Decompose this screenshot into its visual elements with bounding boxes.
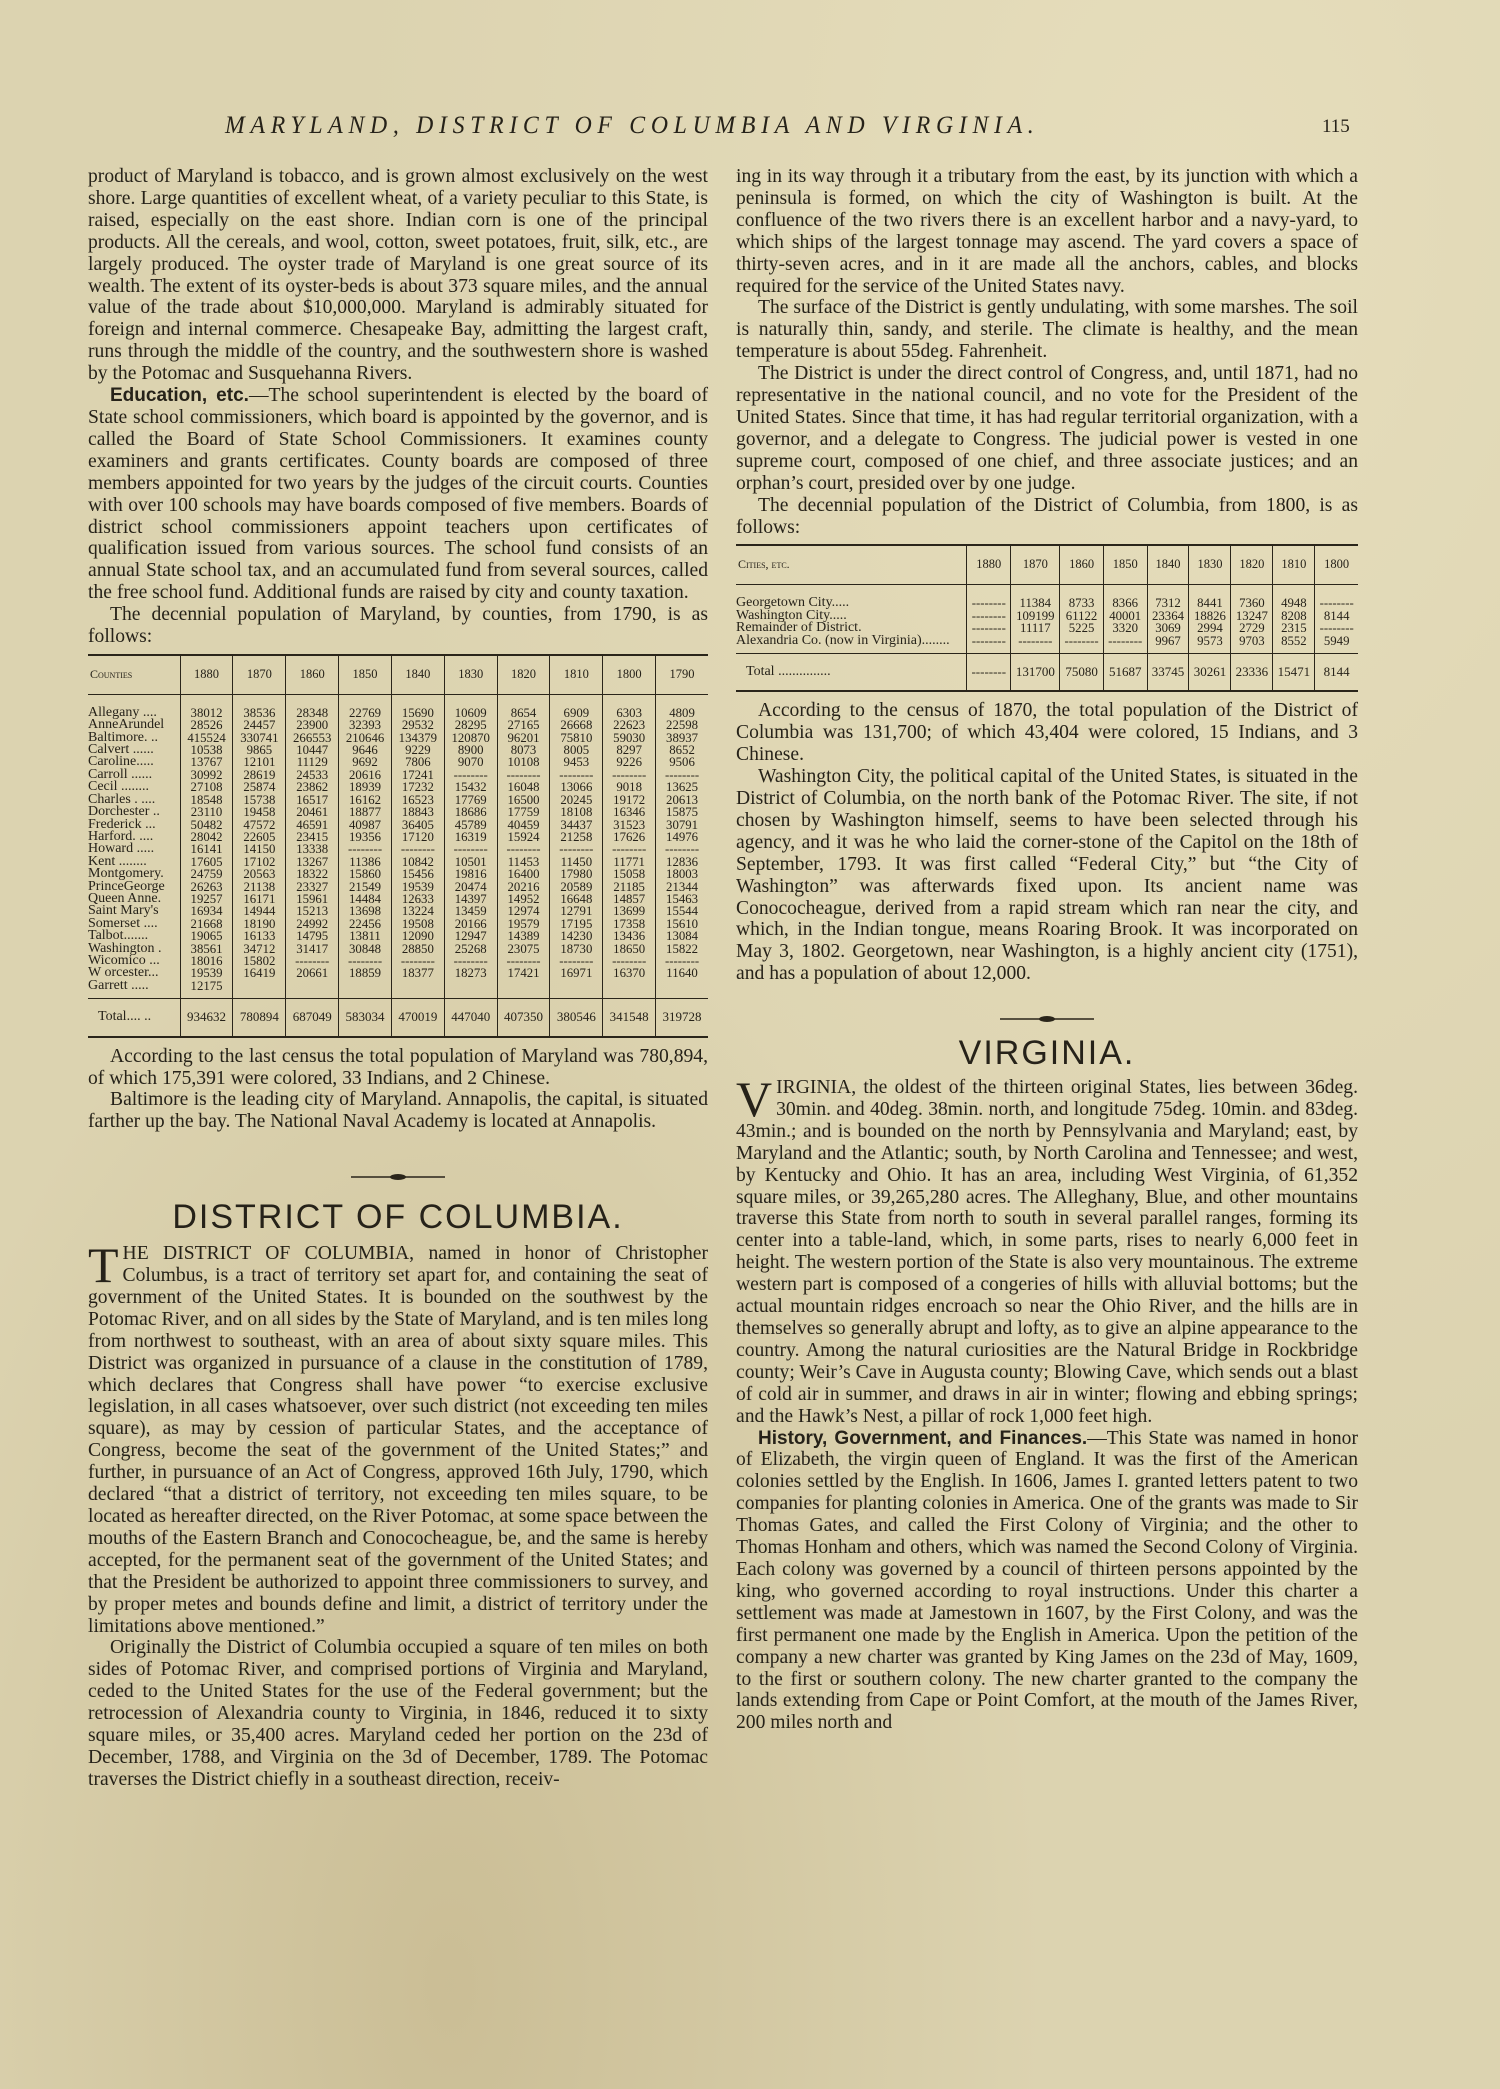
- table-row: Dorchester ..231101945820461188771884318…: [88, 806, 708, 818]
- cell-value: 20661: [286, 967, 339, 979]
- cell-value: --------: [1103, 635, 1147, 654]
- cell-value: 11384: [1011, 585, 1060, 610]
- column-header: 1800: [1315, 545, 1358, 584]
- cell-value: [391, 980, 444, 999]
- section-divider-ornament-icon: [351, 1173, 445, 1181]
- cell-value: 4948: [1273, 585, 1315, 610]
- cell-value: 14150: [233, 843, 286, 855]
- total-label: Total ...............: [736, 653, 967, 691]
- cell-value: 16141: [180, 843, 233, 855]
- cell-value: 19539: [180, 967, 233, 979]
- cell-value: 7312: [1147, 585, 1189, 610]
- cell-value: 9070: [444, 756, 497, 768]
- cell-value: --------: [967, 622, 1011, 634]
- cell-value: --------: [1315, 622, 1358, 634]
- table-row: Caroline.....137671210111129969278069070…: [88, 756, 708, 768]
- cell-value: 38012: [180, 694, 233, 719]
- cell-value: [444, 980, 497, 999]
- cell-value: 27165: [497, 719, 550, 731]
- cell-value: 14944: [233, 905, 286, 917]
- cell-value: 16346: [603, 806, 656, 818]
- cell-value: 5949: [1315, 635, 1358, 654]
- column-header: Counties: [88, 655, 180, 694]
- table-row: Carroll ......3099228619245332061617241-…: [88, 769, 708, 781]
- total-value: 30261: [1189, 653, 1231, 691]
- cell-value: 12175: [180, 980, 233, 999]
- cell-value: 13084: [656, 930, 708, 942]
- cell-value: 3069: [1147, 622, 1189, 634]
- total-value: 131700: [1011, 653, 1060, 691]
- cell-value: --------: [391, 843, 444, 855]
- cell-value: 23900: [286, 719, 339, 731]
- cell-value: 17980: [550, 868, 603, 880]
- cell-value: 18859: [339, 967, 392, 979]
- cell-value: 2729: [1231, 622, 1273, 634]
- column-header: 1870: [233, 655, 286, 694]
- cell-value: 16370: [603, 967, 656, 979]
- total-value: 447040: [444, 999, 497, 1037]
- cell-value: 23862: [286, 781, 339, 793]
- cell-value: 2315: [1273, 622, 1315, 634]
- cell-value: 28295: [444, 719, 497, 731]
- cell-value: 14795: [286, 930, 339, 942]
- row-label: Alexandria Co. (now in Virginia)........: [736, 635, 967, 654]
- column-header: 1820: [497, 655, 550, 694]
- cell-value: 9226: [603, 756, 656, 768]
- cell-value: 23110: [180, 806, 233, 818]
- cell-value: 19816: [444, 868, 497, 880]
- cell-value: 24759: [180, 868, 233, 880]
- table-row: Saint Mary's1693414944152131369813224134…: [88, 905, 708, 917]
- column-header: 1820: [1231, 545, 1273, 584]
- cell-value: 18322: [286, 868, 339, 880]
- total-value: 407350: [497, 999, 550, 1037]
- cell-value: 16934: [180, 905, 233, 917]
- cell-value: 24457: [233, 719, 286, 731]
- paragraph-md-census: According to the last census the total p…: [88, 1046, 708, 1090]
- education-lead: Education, etc.: [110, 385, 249, 406]
- cell-value: 12090: [391, 930, 444, 942]
- cell-value: 12947: [444, 930, 497, 942]
- cell-value: --------: [967, 585, 1011, 610]
- cell-value: 13224: [391, 905, 444, 917]
- paragraph-dc-table-intro: The decennial population of the District…: [736, 495, 1358, 539]
- table-row: Alexandria Co. (now in Virginia)........…: [736, 635, 1358, 654]
- cell-value: 13459: [444, 905, 497, 917]
- cell-value: 9692: [339, 756, 392, 768]
- cell-value: 14230: [550, 930, 603, 942]
- cell-value: [233, 980, 286, 999]
- cell-value: 28526: [180, 719, 233, 731]
- table-row: Montgomery.24759205631832215860154561981…: [88, 868, 708, 880]
- dc-population-table-wrap: Cities, etc.1880187018601850184018301820…: [736, 544, 1358, 692]
- row-label: Georgetown City.....: [736, 585, 967, 610]
- cell-value: --------: [967, 635, 1011, 654]
- paragraph-products: product of Maryland is tobacco, and is g…: [88, 166, 708, 385]
- cell-value: 6909: [550, 694, 603, 719]
- cell-value: 8366: [1103, 585, 1147, 610]
- cell-value: 12101: [233, 756, 286, 768]
- cell-value: 17759: [497, 806, 550, 818]
- cell-value: 28348: [286, 694, 339, 719]
- total-value: 15471: [1273, 653, 1315, 691]
- cell-value: --------: [1315, 585, 1358, 610]
- cell-value: 13767: [180, 756, 233, 768]
- column-header: 1870: [1011, 545, 1060, 584]
- cell-value: 11129: [286, 756, 339, 768]
- total-value: 23336: [1231, 653, 1273, 691]
- cell-value: --------: [550, 843, 603, 855]
- cell-value: 12791: [550, 905, 603, 917]
- column-header: 1790: [656, 655, 708, 694]
- cell-value: 22769: [339, 694, 392, 719]
- cell-value: 7806: [391, 756, 444, 768]
- cell-value: 3320: [1103, 622, 1147, 634]
- dc-population-table: Cities, etc.1880187018601850184018301820…: [736, 544, 1358, 692]
- district-of-columbia-heading: DISTRICT OF COLUMBIA.: [88, 1207, 708, 1229]
- maryland-population-table: Counties18801870186018501840183018201810…: [88, 654, 708, 1038]
- cell-value: 13625: [656, 781, 708, 793]
- cell-value: 7360: [1231, 585, 1273, 610]
- column-header: 1840: [1147, 545, 1189, 584]
- cell-value: [286, 980, 339, 999]
- total-value: 319728: [656, 999, 708, 1037]
- column-header: 1850: [1103, 545, 1147, 584]
- maryland-population-table-wrap: Counties18801870186018501840183018201810…: [88, 654, 708, 1038]
- table-row: Calvert ......10538986510447964692298900…: [88, 744, 708, 756]
- page-number: 115: [1322, 116, 1350, 138]
- cell-value: 8552: [1273, 635, 1315, 654]
- paragraph-congress: The District is under the direct control…: [736, 363, 1358, 494]
- cell-value: 8441: [1189, 585, 1231, 610]
- cell-value: 17232: [391, 781, 444, 793]
- section-divider-ornament-icon: [1000, 1015, 1094, 1023]
- cell-value: 16048: [497, 781, 550, 793]
- table-row: AnneArundel28526244572390032393295322829…: [88, 719, 708, 731]
- cell-value: 17421: [497, 967, 550, 979]
- total-value: 470019: [391, 999, 444, 1037]
- column-header: 1860: [1060, 545, 1104, 584]
- cell-value: 4809: [656, 694, 708, 719]
- total-value: 780894: [233, 999, 286, 1037]
- cell-value: --------: [497, 843, 550, 855]
- cell-value: 15860: [339, 868, 392, 880]
- paragraph-potomac: ing in its way through it a tributary fr…: [736, 166, 1358, 297]
- table-row: Garrett .....12175: [88, 980, 708, 999]
- paragraph-virginia-intro: VIRGINIA, the oldest of the thirteen ori…: [736, 1077, 1358, 1428]
- drop-cap-t: T: [88, 1245, 119, 1285]
- cell-value: --------: [656, 843, 708, 855]
- cell-value: 13436: [603, 930, 656, 942]
- cell-value: 9573: [1189, 635, 1231, 654]
- table-row: Allegany ....380123853628348227691569010…: [88, 694, 708, 719]
- cell-value: --------: [444, 843, 497, 855]
- cell-value: 9703: [1231, 635, 1273, 654]
- table-row: Georgetown City.....--------113848733836…: [736, 585, 1358, 610]
- cell-value: [603, 980, 656, 999]
- cell-value: 5225: [1060, 622, 1104, 634]
- total-value: --------: [967, 653, 1011, 691]
- column-header: 1840: [391, 655, 444, 694]
- cell-value: 11640: [656, 967, 708, 979]
- cell-value: [550, 980, 603, 999]
- cell-value: --------: [1060, 635, 1104, 654]
- cell-value: --------: [339, 843, 392, 855]
- cell-value: 6303: [603, 694, 656, 719]
- cell-value: 19458: [233, 806, 286, 818]
- column-header: 1830: [1189, 545, 1231, 584]
- column-header: 1850: [339, 655, 392, 694]
- total-value: 33745: [1147, 653, 1189, 691]
- cell-value: 18377: [391, 967, 444, 979]
- table-row: Cecil ........27108258742386218939172321…: [88, 781, 708, 793]
- total-value: 75080: [1060, 653, 1104, 691]
- cell-value: 15690: [391, 694, 444, 719]
- total-value: 51687: [1103, 653, 1147, 691]
- column-header: 1880: [180, 655, 233, 694]
- cell-value: 18273: [444, 967, 497, 979]
- cell-value: 9018: [603, 781, 656, 793]
- cell-value: [339, 980, 392, 999]
- total-row: Total.... ..9346327808946870495830344700…: [88, 999, 708, 1037]
- paragraph-dc-intro: THE DISTRICT OF COLUMBIA, named in honor…: [88, 1243, 708, 1637]
- cell-value: 29532: [391, 719, 444, 731]
- cell-value: 9967: [1147, 635, 1189, 654]
- table-row: Howard .....161411415013338-------------…: [88, 843, 708, 855]
- cell-value: 18843: [391, 806, 444, 818]
- drop-cap-v: V: [736, 1079, 772, 1119]
- cell-value: 26668: [550, 719, 603, 731]
- total-value: 583034: [339, 999, 392, 1037]
- cell-value: 2994: [1189, 622, 1231, 634]
- left-column: product of Maryland is tobacco, and is g…: [88, 166, 708, 1791]
- cell-value: [656, 980, 708, 999]
- paragraph-surface: The surface of the District is gently un…: [736, 297, 1358, 363]
- cell-value: 15213: [286, 905, 339, 917]
- cell-value: 15456: [391, 868, 444, 880]
- paragraph-washington-city: Washington City, the political capital o…: [736, 766, 1358, 985]
- cell-value: 18939: [339, 781, 392, 793]
- paragraph-dc-census: According to the census of 1870, the tot…: [736, 700, 1358, 766]
- cell-value: 13066: [550, 781, 603, 793]
- column-header: Cities, etc.: [736, 545, 967, 584]
- paragraph-education: Education, etc.—The school superintenden…: [88, 385, 708, 604]
- virginia-heading: VIRGINIA.: [736, 1043, 1358, 1065]
- cell-value: 16400: [497, 868, 550, 880]
- column-header: 1860: [286, 655, 339, 694]
- right-column: ing in its way through it a tributary fr…: [736, 166, 1358, 1734]
- cell-value: 9453: [550, 756, 603, 768]
- cell-value: 12974: [497, 905, 550, 917]
- column-header: 1810: [550, 655, 603, 694]
- cell-value: --------: [1011, 635, 1060, 654]
- total-value: 380546: [550, 999, 603, 1037]
- cell-value: 10609: [444, 694, 497, 719]
- cell-value: 18877: [339, 806, 392, 818]
- table-row: W orcester...195391641920661188591837718…: [88, 967, 708, 979]
- cell-value: 25874: [233, 781, 286, 793]
- total-value: 687049: [286, 999, 339, 1037]
- cell-value: 22598: [656, 719, 708, 731]
- cell-value: 11117: [1011, 622, 1060, 634]
- row-label: Allegany ....: [88, 694, 180, 719]
- cell-value: 18108: [550, 806, 603, 818]
- table-row: Baltimore. ..415524330741266553210646134…: [88, 732, 708, 744]
- cell-value: 15875: [656, 806, 708, 818]
- cell-value: 8654: [497, 694, 550, 719]
- cell-value: 16971: [550, 967, 603, 979]
- cell-value: 13698: [339, 905, 392, 917]
- cell-value: 32393: [339, 719, 392, 731]
- cell-value: 15432: [444, 781, 497, 793]
- cell-value: 18003: [656, 868, 708, 880]
- cell-value: 9506: [656, 756, 708, 768]
- cell-value: 16419: [233, 967, 286, 979]
- cell-value: 10108: [497, 756, 550, 768]
- cell-value: 19065: [180, 930, 233, 942]
- cell-value: --------: [603, 843, 656, 855]
- total-value: 341548: [603, 999, 656, 1037]
- row-label: Garrett .....: [88, 980, 180, 999]
- column-header: 1810: [1273, 545, 1315, 584]
- cell-value: 14389: [497, 930, 550, 942]
- paragraph-baltimore: Baltimore is the leading city of Marylan…: [88, 1089, 708, 1133]
- cell-value: 16133: [233, 930, 286, 942]
- paragraph-dc-original: Originally the District of Columbia occu…: [88, 1637, 708, 1790]
- cell-value: 38536: [233, 694, 286, 719]
- cell-value: 13699: [603, 905, 656, 917]
- cell-value: 15544: [656, 905, 708, 917]
- total-value: 8144: [1315, 653, 1358, 691]
- cell-value: 8733: [1060, 585, 1104, 610]
- total-row: Total ...............--------13170075080…: [736, 653, 1358, 691]
- running-head: MARYLAND, DISTRICT OF COLUMBIA AND VIRGI…: [225, 112, 1299, 140]
- column-header: 1880: [967, 545, 1011, 584]
- cell-value: 18686: [444, 806, 497, 818]
- paragraph-md-table-intro: The decennial population of Maryland, by…: [88, 604, 708, 648]
- cell-value: 20461: [286, 806, 339, 818]
- cell-value: 20563: [233, 868, 286, 880]
- history-lead: History, Government, and Finances.: [758, 1428, 1087, 1449]
- cell-value: 13338: [286, 843, 339, 855]
- total-value: 934632: [180, 999, 233, 1037]
- cell-value: [497, 980, 550, 999]
- cell-value: 22623: [603, 719, 656, 731]
- total-label: Total.... ..: [88, 999, 180, 1037]
- cell-value: 15058: [603, 868, 656, 880]
- table-row: Talbot.......190651613314795138111209012…: [88, 930, 708, 942]
- paragraph-history: History, Government, and Finances.—This …: [736, 1428, 1358, 1735]
- cell-value: 13811: [339, 930, 392, 942]
- column-header: 1830: [444, 655, 497, 694]
- cell-value: 27108: [180, 781, 233, 793]
- column-header: 1800: [603, 655, 656, 694]
